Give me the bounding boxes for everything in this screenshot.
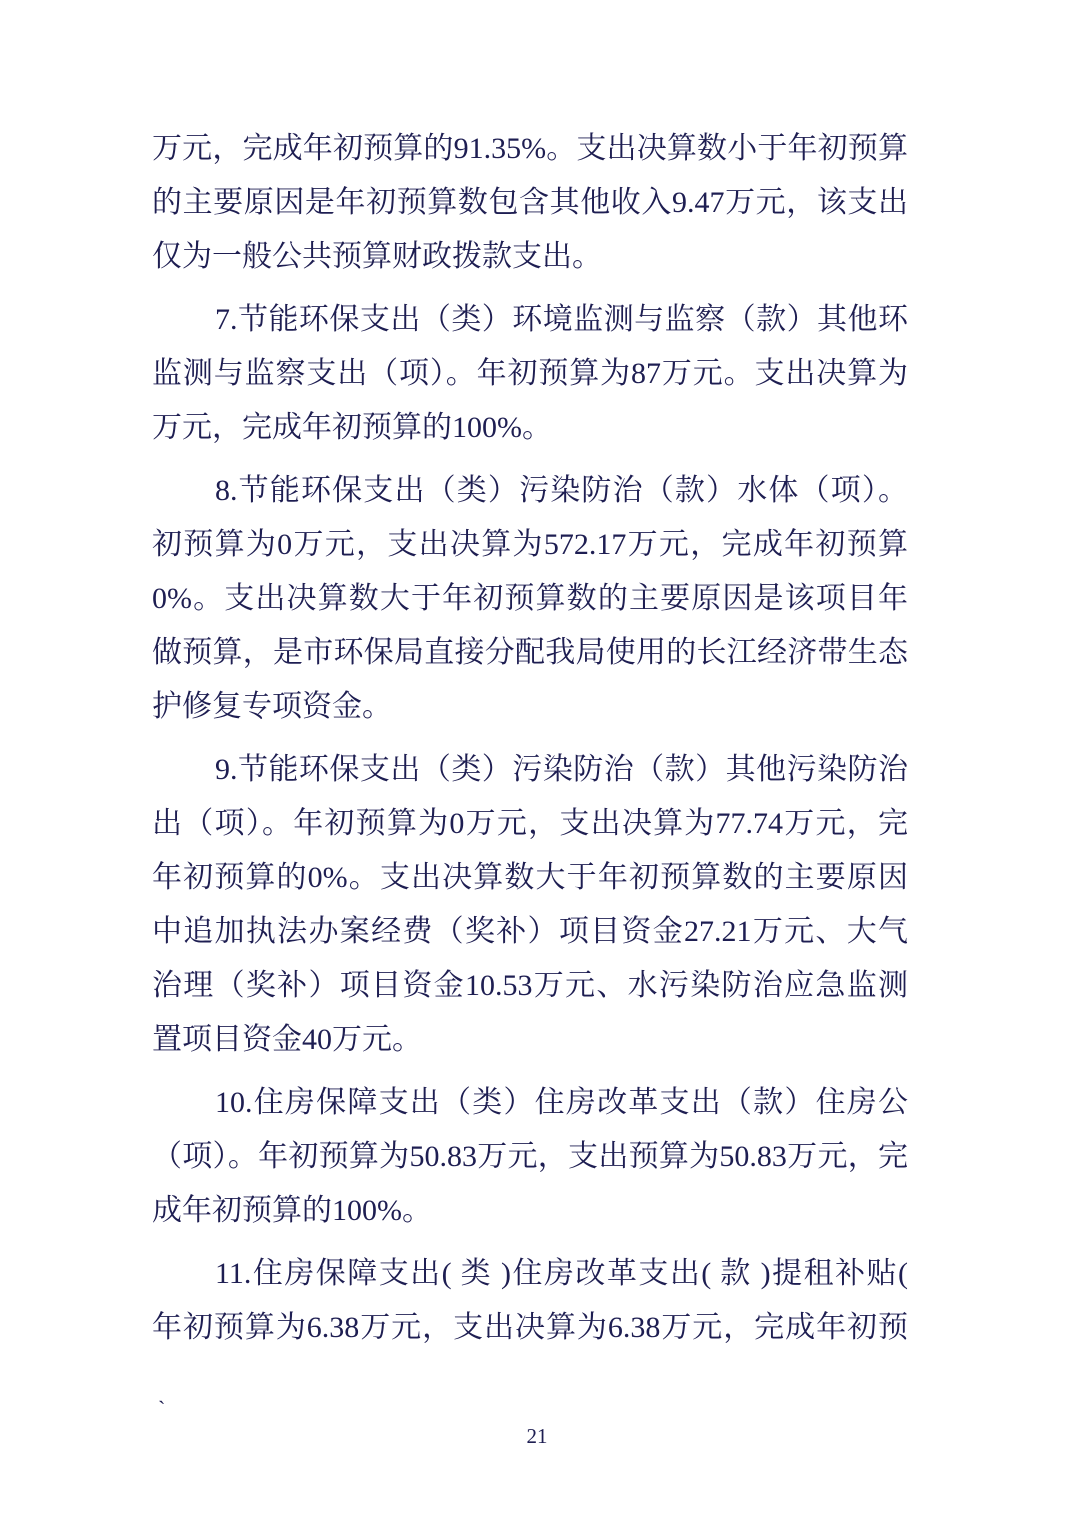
text-line: 的主要原因是年初预算数包含其他收入9.47万元，该支出数 [152, 176, 908, 230]
text-line: 出（项）。年初预算为0万元，支出决算为77.74万元，完成 [152, 797, 908, 851]
text-line: 做预算，是市环保局直接分配我局使用的长江经济带生态保 [152, 626, 908, 680]
text-line: 年初预算为6.38万元，支出决算为6.38万元，完成年初预算 [152, 1301, 908, 1355]
text-line: 8.节能环保支出（类）污染防治（款）水体（项）。年 [152, 464, 908, 518]
text-line: 中追加执法办案经费（奖补）项目资金27.21万元、大气污染 [152, 905, 908, 959]
text-line: 护修复专项资金。 [152, 680, 908, 734]
text-line: 万元，完成年初预算的91.35%。支出决算数小于年初预算数 [152, 122, 908, 176]
text-line: 10.住房保障支出（类）住房改革支出（款）住房公积金 [152, 1076, 908, 1130]
text-line: 0%。支出决算数大于年初预算数的主要原因是该项目年初未 [152, 572, 908, 626]
paragraph-item-8: 8.节能环保支出（类）污染防治（款）水体（项）。年 初预算为0万元，支出决算为5… [152, 464, 908, 734]
text-line: 7.节能环保支出（类）环境监测与监察（款）其他环境 [152, 293, 908, 347]
text-line: 万元，完成年初预算的100%。 [152, 401, 908, 455]
text-line: 置项目资金40万元。 [152, 1013, 908, 1067]
text-block: 万元，完成年初预算的91.35%。支出决算数小于年初预算数 的主要原因是年初预算… [152, 122, 908, 1355]
paragraph-item-11: 11.住房保障支出( 类 )住房改革支出( 款 )提租补贴( 项 )。 年初预算… [152, 1247, 908, 1355]
paragraph-continuation: 万元，完成年初预算的91.35%。支出决算数小于年初预算数 的主要原因是年初预算… [152, 122, 908, 284]
stray-grave-mark: ` [158, 1398, 165, 1420]
document-page: 万元，完成年初预算的91.35%。支出决算数小于年初预算数 的主要原因是年初预算… [0, 0, 1074, 1520]
text-line: 初预算为0万元，支出决算为572.17万元，完成年初预算的 [152, 518, 908, 572]
text-line: 治理（奖补）项目资金10.53万元、水污染防治应急监测及处 [152, 959, 908, 1013]
text-line: 成年初预算的100%。 [152, 1184, 908, 1238]
text-line: 11.住房保障支出( 类 )住房改革支出( 款 )提租补贴( 项 )。 [152, 1247, 908, 1301]
paragraph-item-10: 10.住房保障支出（类）住房改革支出（款）住房公积金 （项）。年初预算为50.8… [152, 1076, 908, 1238]
text-line: 9.节能环保支出（类）污染防治（款）其他污染防治支 [152, 743, 908, 797]
text-line: 仅为一般公共预算财政拨款支出。 [152, 230, 908, 284]
page-number: 21 [0, 1424, 1074, 1448]
paragraph-item-7: 7.节能环保支出（类）环境监测与监察（款）其他环境 监测与监察支出（项）。年初预… [152, 293, 908, 455]
text-line: （项）。年初预算为50.83万元，支出预算为50.83万元，完 [152, 1130, 908, 1184]
text-line: 年初预算的0%。支出决算数大于年初预算数的主要原因是年 [152, 851, 908, 905]
paragraph-item-9: 9.节能环保支出（类）污染防治（款）其他污染防治支 出（项）。年初预算为0万元，… [152, 743, 908, 1067]
text-line: 监测与监察支出（项）。年初预算为87万元。支出决算为87 [152, 347, 908, 401]
